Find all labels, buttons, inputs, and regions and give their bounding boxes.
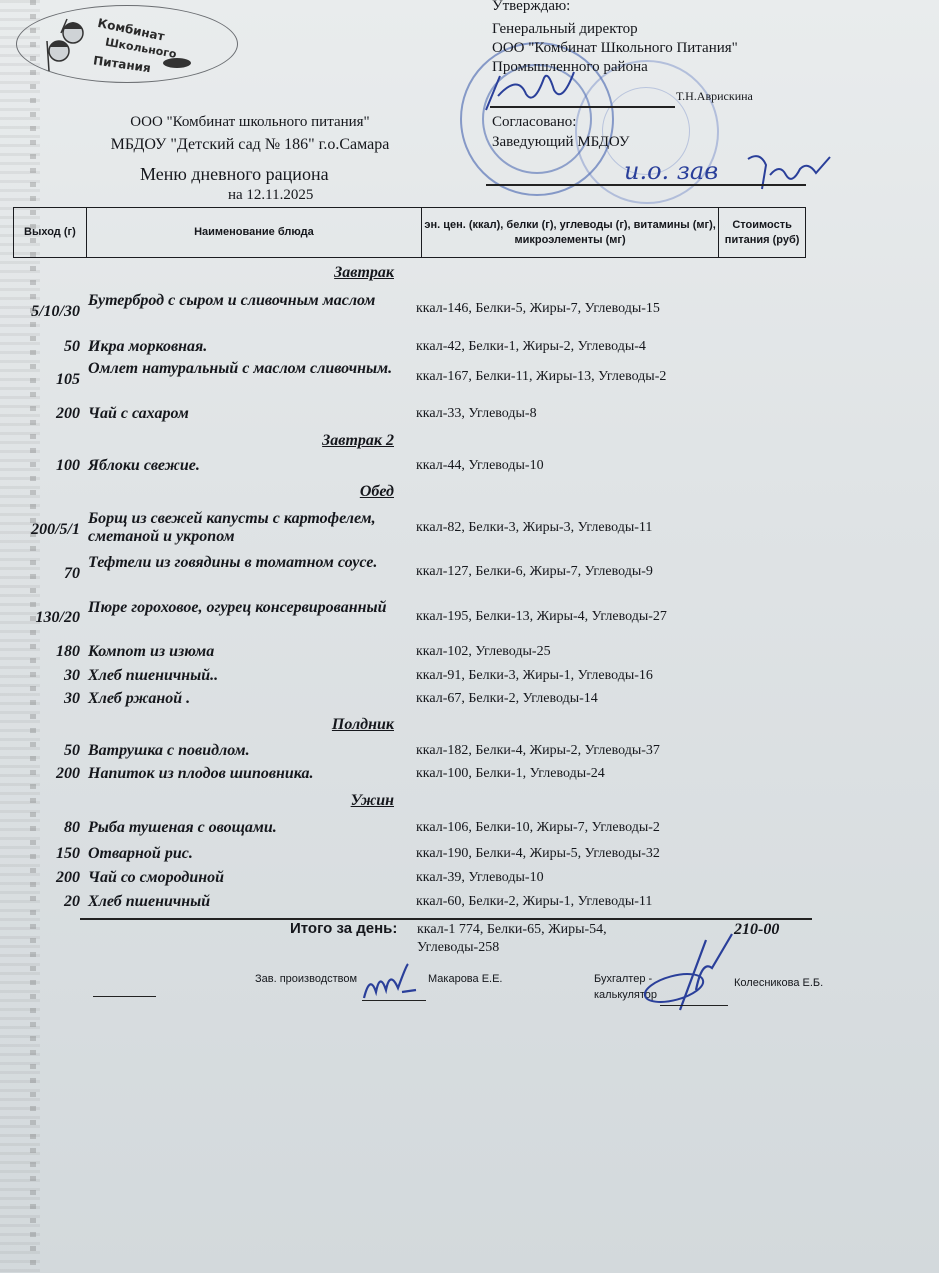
nutrition-value: ккал-190, Белки-4, Жиры-5, Углеводы-32 — [416, 846, 660, 862]
agreed-label: Согласовано: — [492, 114, 576, 131]
svg-text:и.о. зав: и.о. зав — [624, 157, 718, 185]
output-value: 200 — [0, 869, 80, 887]
approval-position: Генеральный директор — [492, 20, 638, 39]
output-value: 200/5/1 — [0, 521, 80, 539]
nutrition-value: ккал-102, Углеводы-25 — [416, 644, 551, 660]
head-signature-line — [486, 184, 806, 186]
dish-name: Напиток из плодов шиповника. — [88, 765, 408, 783]
column-header-output: Выход (г) — [14, 208, 87, 257]
dish-name: Яблоки свежие. — [88, 457, 408, 475]
output-value: 30 — [0, 667, 80, 685]
output-value: 50 — [0, 338, 80, 356]
nutrition-value: ккал-44, Углеводы-10 — [416, 458, 544, 474]
dish-name: Хлеб пшеничный — [88, 893, 408, 911]
head-signature-icon: и.о. зав — [620, 145, 840, 195]
dish-name: Компот из изюма — [88, 643, 408, 661]
nutrition-value: ккал-67, Белки-2, Углеводы-14 — [416, 691, 598, 707]
director-name: Т.Н.Аврискина — [676, 89, 753, 104]
column-header-dish: Наименование блюда — [87, 208, 422, 257]
total-cost: 210-00 — [734, 921, 779, 939]
output-value: 30 — [0, 690, 80, 708]
company-logo: Комбинат Школьного Питания — [16, 5, 238, 83]
column-header-nutrition: эн. цен. (ккал), белки (г), углеводы (г)… — [422, 208, 719, 257]
dish-name: Пюре гороховое, огурец консервированный — [88, 599, 408, 617]
dish-name: Омлет натуральный с маслом сливочным. — [88, 360, 408, 378]
nutrition-value: ккал-146, Белки-5, Жиры-7, Углеводы-15 — [416, 301, 660, 317]
nutrition-value: ккал-82, Белки-3, Жиры-3, Углеводы-11 — [416, 520, 652, 536]
nutrition-value: ккал-91, Белки-3, Жиры-1, Углеводы-16 — [416, 668, 653, 684]
menu-table-header: Выход (г) Наименование блюда эн. цен. (к… — [13, 207, 806, 258]
dish-name: Ватрушка с повидлом. — [88, 742, 408, 760]
dish-name: Рыба тушеная с овощами. — [88, 819, 408, 837]
total-nutrition-line-1: ккал-1 774, Белки-65, Жиры-54, — [417, 921, 657, 939]
total-label: Итого за день: — [290, 920, 397, 937]
output-value: 200 — [0, 765, 80, 783]
output-value: 80 — [0, 819, 80, 837]
output-value: 50 — [0, 742, 80, 760]
table-bottom-divider — [80, 918, 812, 920]
output-value: 200 — [0, 405, 80, 423]
accountant-name: Колесникова Е.Б. — [734, 977, 823, 989]
column-header-cost: Стоимость питания (руб) — [719, 208, 805, 257]
director-signature-line — [490, 106, 675, 108]
nutrition-value: ккал-182, Белки-4, Жиры-2, Углеводы-37 — [416, 743, 660, 759]
nutrition-value: ккал-33, Углеводы-8 — [416, 406, 537, 422]
production-head-signature-line — [362, 1000, 426, 1001]
director-signature-icon — [478, 66, 598, 116]
nutrition-value: ккал-195, Белки-13, Жиры-4, Углеводы-27 — [416, 609, 667, 625]
section-title-second-breakfast: Завтрак 2 — [134, 432, 394, 450]
total-nutrition-line-2: Углеводы-258 — [417, 939, 657, 957]
dish-name: Тефтели из говядины в томатном соусе. — [88, 554, 408, 572]
output-value: 100 — [0, 457, 80, 475]
dish-name: Икра морковная. — [88, 338, 408, 356]
total-nutrition: ккал-1 774, Белки-65, Жиры-54, Углеводы-… — [417, 921, 657, 957]
organization-name: ООО "Комбинат школьного питания" — [0, 114, 500, 131]
approval-label: Утверждаю: — [492, 0, 570, 16]
page-title: Меню дневного рациона — [140, 164, 329, 185]
accountant-signature-icon — [640, 930, 740, 1020]
dish-name: Отварной рис. — [88, 845, 408, 863]
agreed-position: Заведующий МБДОУ — [492, 134, 630, 151]
output-value: 105 — [0, 371, 80, 389]
svg-text:Питания: Питания — [92, 53, 151, 75]
production-head-label: Зав. производством — [255, 973, 357, 985]
production-head-signature-icon — [360, 960, 430, 1004]
accountant-signature-line — [660, 1005, 728, 1006]
nutrition-value: ккал-60, Белки-2, Жиры-1, Углеводы-11 — [416, 894, 652, 910]
output-value: 180 — [0, 643, 80, 661]
section-title-afternoon-snack: Полдник — [134, 716, 394, 734]
dish-name: Чай с сахаром — [88, 405, 408, 423]
menu-date: на 12.11.2025 — [228, 187, 313, 204]
production-head-name: Макарова Е.Е. — [428, 973, 503, 985]
nutrition-value: ккал-39, Углеводы-10 — [416, 870, 544, 886]
children-logo-icon: Комбинат Школьного Питания — [27, 11, 227, 77]
approval-company: ООО "Комбинат Школьного Питания" — [492, 39, 738, 58]
section-title-dinner: Ужин — [134, 792, 394, 810]
blank-signature-line — [93, 996, 156, 997]
section-title-lunch: Обед — [134, 483, 394, 501]
scan-artifact — [30, 0, 36, 1273]
output-value: 150 — [0, 845, 80, 863]
output-value: 130/20 — [0, 609, 80, 627]
dish-name: Хлеб ржаной . — [88, 690, 408, 708]
nutrition-value: ккал-127, Белки-6, Жиры-7, Углеводы-9 — [416, 564, 653, 580]
section-title-breakfast: Завтрак — [134, 264, 394, 282]
dish-name: Чай со смородиной — [88, 869, 408, 887]
output-value: 70 — [0, 565, 80, 583]
nutrition-value: ккал-42, Белки-1, Жиры-2, Углеводы-4 — [416, 339, 646, 355]
dish-name: Борщ из свежей капусты с картофелем, сме… — [88, 510, 408, 546]
institution-name: МБДОУ "Детский сад № 186" г.о.Самара — [0, 136, 500, 154]
output-value: 5/10/30 — [0, 303, 80, 321]
dish-name: Хлеб пшеничный.. — [88, 667, 408, 685]
output-value: 20 — [0, 893, 80, 911]
nutrition-value: ккал-100, Белки-1, Углеводы-24 — [416, 766, 605, 782]
nutrition-value: ккал-167, Белки-11, Жиры-13, Углеводы-2 — [416, 369, 666, 385]
dish-name: Бутерброд с сыром и сливочным маслом — [88, 292, 408, 310]
nutrition-value: ккал-106, Белки-10, Жиры-7, Углеводы-2 — [416, 820, 660, 836]
